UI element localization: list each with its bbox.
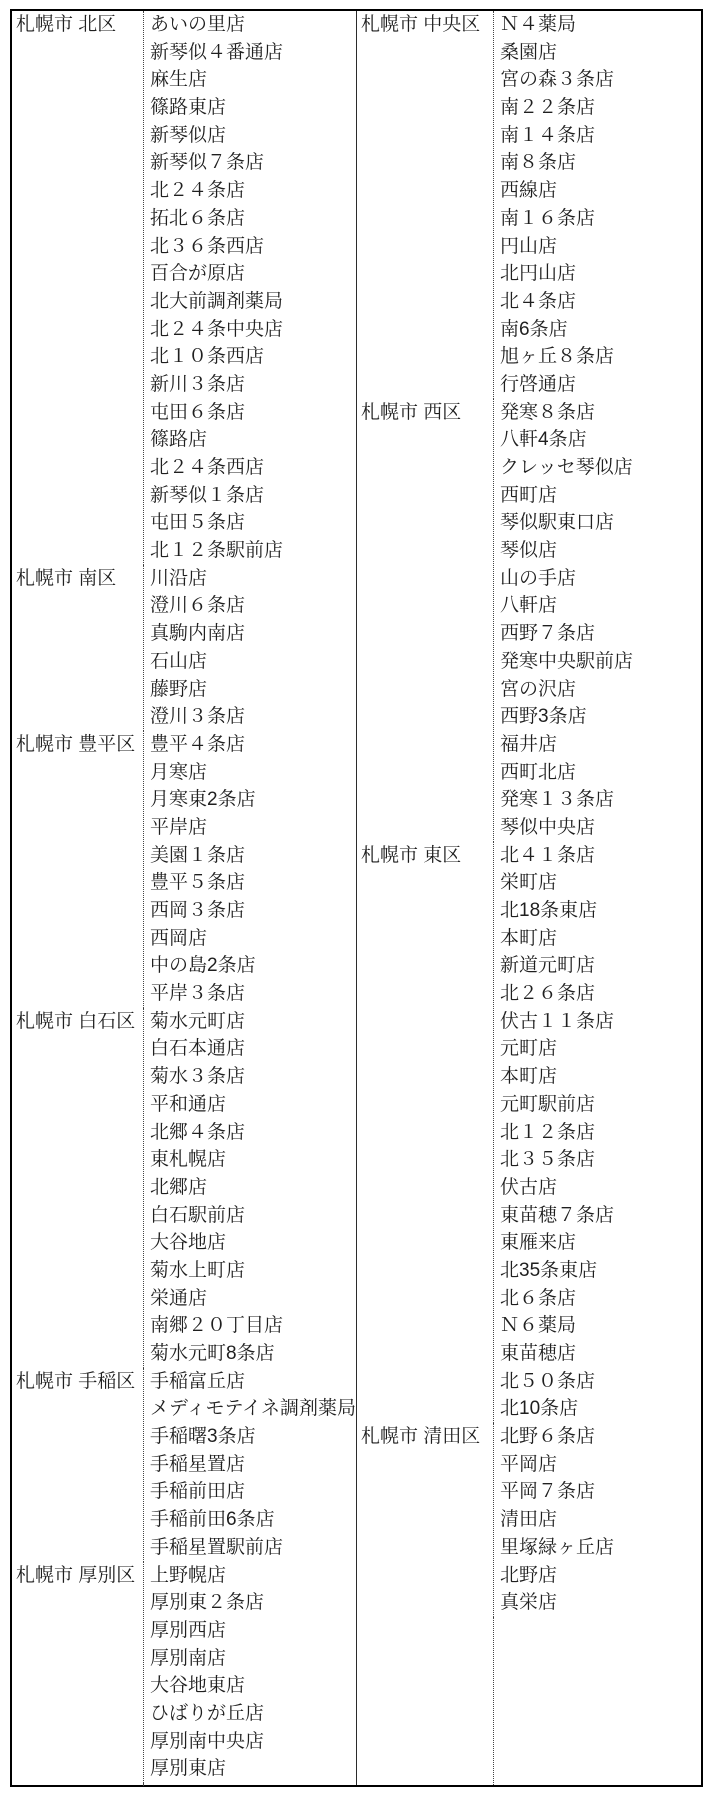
store-name: 平和通店 bbox=[150, 1091, 356, 1119]
ward-name: 札幌市 西区 bbox=[357, 399, 493, 842]
ward-section: 札幌市 清田区北野６条店平岡店平岡７条店清田店里塚緑ヶ丘店北野店真栄店 bbox=[357, 1423, 701, 1617]
store-name: 石山店 bbox=[150, 648, 356, 676]
ward-name: 札幌市 豊平区 bbox=[12, 731, 143, 1008]
store-name: 南８条店 bbox=[500, 149, 701, 177]
store-name: 北４条店 bbox=[500, 288, 701, 316]
store-name: 円山店 bbox=[500, 233, 701, 261]
empty-ward-cell bbox=[12, 1783, 143, 1785]
ward-name: 札幌市 中央区 bbox=[357, 11, 493, 399]
store-name: 北10条店 bbox=[500, 1395, 701, 1423]
store-name: あいの里店 bbox=[150, 11, 356, 39]
store-name: 南１６条店 bbox=[500, 205, 701, 233]
store-name: メディモテイネ調剤薬局 bbox=[150, 1395, 356, 1423]
store-name: 西町店 bbox=[500, 482, 701, 510]
store-name: 真栄店 bbox=[500, 1589, 701, 1617]
ward-section: 札幌市 白石区菊水元町店白石本通店菊水３条店平和通店北郷４条店東札幌店北郷店白石… bbox=[12, 1008, 356, 1368]
store-name: 西野3条店 bbox=[500, 703, 701, 731]
store-name: 琴似店 bbox=[500, 537, 701, 565]
store-name: 川沿店 bbox=[150, 565, 356, 593]
store-name: 北野６条店 bbox=[500, 1423, 701, 1451]
store-name: 麻生店 bbox=[150, 66, 356, 94]
store-name: 東苗穂７条店 bbox=[500, 1202, 701, 1230]
empty-ward-cell bbox=[357, 1617, 493, 1785]
store-name: 北２４条西店 bbox=[150, 454, 356, 482]
stores-list: 川沿店澄川６条店真駒内南店石山店藤野店澄川３条店 bbox=[143, 565, 356, 731]
store-name: 北３６条西店 bbox=[150, 233, 356, 261]
store-name: 新琴似店 bbox=[150, 122, 356, 150]
stores-list: 北野６条店平岡店平岡７条店清田店里塚緑ヶ丘店北野店真栄店 bbox=[493, 1423, 701, 1617]
ward-section: 札幌市 南区川沿店澄川６条店真駒内南店石山店藤野店澄川３条店 bbox=[12, 565, 356, 731]
left-table-half: 札幌市 北区あいの里店新琴似４番通店麻生店篠路東店新琴似店新琴似７条店北２４条店… bbox=[12, 11, 357, 1785]
ward-name: 札幌市 東区 bbox=[357, 842, 493, 1423]
right-table-half: 札幌市 中央区Ｎ４薬局桑園店宮の森３条店南２２条店南１４条店南８条店西線店南１６… bbox=[357, 11, 701, 1785]
store-name: 厚別南店 bbox=[150, 1645, 356, 1673]
store-name: 桑園店 bbox=[500, 39, 701, 67]
store-name: 北郷４条店 bbox=[150, 1119, 356, 1147]
ward-name: 札幌市 厚別区 bbox=[12, 1562, 143, 1784]
store-name: 北円山店 bbox=[500, 260, 701, 288]
store-name: 大谷地東店 bbox=[150, 1672, 356, 1700]
store-name: 月寒東2条店 bbox=[150, 786, 356, 814]
store-name: 篠路東店 bbox=[150, 94, 356, 122]
store-name: 中の島2条店 bbox=[150, 952, 356, 980]
ward-section: 札幌市 手稲区手稲富丘店メディモテイネ調剤薬局手稲曙3条店手稲星置店手稲前田店手… bbox=[12, 1368, 356, 1562]
store-name: 白石駅前店 bbox=[150, 1202, 356, 1230]
ward-name: 札幌市 手稲区 bbox=[12, 1368, 143, 1562]
stores-list: 北４１条店栄町店北18条東店本町店新道元町店北２６条店伏古１１条店元町店本町店元… bbox=[493, 842, 701, 1423]
store-name: Ｎ４薬局 bbox=[500, 11, 701, 39]
store-name: 篠路店 bbox=[150, 426, 356, 454]
store-name: 上野幌店 bbox=[150, 1562, 356, 1590]
page: 札幌市 北区あいの里店新琴似４番通店麻生店篠路東店新琴似店新琴似７条店北２４条店… bbox=[0, 0, 714, 1796]
store-name: 月寒店 bbox=[150, 759, 356, 787]
store-name: 大谷地店 bbox=[150, 1229, 356, 1257]
store-name: 元町駅前店 bbox=[500, 1091, 701, 1119]
store-name: 北６条店 bbox=[500, 1285, 701, 1313]
store-name: 東雁来店 bbox=[500, 1229, 701, 1257]
store-name: 琴似中央店 bbox=[500, 814, 701, 842]
store-name: 北３５条店 bbox=[500, 1146, 701, 1174]
stores-list: 手稲富丘店メディモテイネ調剤薬局手稲曙3条店手稲星置店手稲前田店手稲前田6条店手… bbox=[143, 1368, 356, 1562]
store-table: 札幌市 北区あいの里店新琴似４番通店麻生店篠路東店新琴似店新琴似７条店北２４条店… bbox=[10, 9, 703, 1787]
ward-section: 札幌市 豊平区豊平４条店月寒店月寒東2条店平岸店美園１条店豊平５条店西岡３条店西… bbox=[12, 731, 356, 1008]
store-name: 新琴似１条店 bbox=[150, 482, 356, 510]
store-name: 豊平４条店 bbox=[150, 731, 356, 759]
store-name: 栄町店 bbox=[500, 869, 701, 897]
ward-name: 札幌市 清田区 bbox=[357, 1423, 493, 1617]
store-name: 宮の沢店 bbox=[500, 676, 701, 704]
stores-list: 発寒８条店八軒4条店クレッセ琴似店西町店琴似駅東口店琴似店山の手店八軒店西野７条… bbox=[493, 399, 701, 842]
store-name: 西岡店 bbox=[150, 925, 356, 953]
store-name: 手稲星置駅前店 bbox=[150, 1534, 356, 1562]
store-name: 東苗穂店 bbox=[500, 1340, 701, 1368]
store-name: 西野７条店 bbox=[500, 620, 701, 648]
store-name: 北１０条西店 bbox=[150, 343, 356, 371]
store-name: 菊水元町店 bbox=[150, 1008, 356, 1036]
store-name: 発寒中央駅前店 bbox=[500, 648, 701, 676]
ward-name: 札幌市 南区 bbox=[12, 565, 143, 731]
store-name: 拓北６条店 bbox=[150, 205, 356, 233]
store-name: 新川３条店 bbox=[150, 371, 356, 399]
store-name: 豊平５条店 bbox=[150, 869, 356, 897]
store-name: 南１４条店 bbox=[500, 122, 701, 150]
stores-list: あいの里店新琴似４番通店麻生店篠路東店新琴似店新琴似７条店北２４条店拓北６条店北… bbox=[143, 11, 356, 565]
store-name: 旭ヶ丘８条店 bbox=[500, 343, 701, 371]
ward-name: 札幌市 北区 bbox=[12, 11, 143, 565]
ward-section: 札幌市 東区北４１条店栄町店北18条東店本町店新道元町店北２６条店伏古１１条店元… bbox=[357, 842, 701, 1423]
store-name: 厚別東２条店 bbox=[150, 1589, 356, 1617]
store-name: 新道元町店 bbox=[500, 952, 701, 980]
store-name: 平岸店 bbox=[150, 814, 356, 842]
store-name: 北２６条店 bbox=[500, 980, 701, 1008]
store-name: 屯田５条店 bbox=[150, 509, 356, 537]
stores-list: 上野幌店厚別東２条店厚別西店厚別南店大谷地東店ひばりが丘店厚別南中央店厚別東店 bbox=[143, 1562, 356, 1784]
store-name: 本町店 bbox=[500, 1063, 701, 1091]
store-name: 藤野店 bbox=[150, 676, 356, 704]
empty-filler-section bbox=[357, 1617, 701, 1785]
store-name: 行啓通店 bbox=[500, 371, 701, 399]
store-name: 八軒4条店 bbox=[500, 426, 701, 454]
store-name: 南郷２０丁目店 bbox=[150, 1312, 356, 1340]
store-name: 菊水上町店 bbox=[150, 1257, 356, 1285]
store-name: 平岸３条店 bbox=[150, 980, 356, 1008]
store-name: 手稲前田店 bbox=[150, 1478, 356, 1506]
stores-list: 菊水元町店白石本通店菊水３条店平和通店北郷４条店東札幌店北郷店白石駅前店大谷地店… bbox=[143, 1008, 356, 1368]
store-name: 厚別南中央店 bbox=[150, 1728, 356, 1756]
store-name: 南２２条店 bbox=[500, 94, 701, 122]
store-name: 新琴似４番通店 bbox=[150, 39, 356, 67]
store-name: 栄通店 bbox=[150, 1285, 356, 1313]
stores-list: 豊平４条店月寒店月寒東2条店平岸店美園１条店豊平５条店西岡３条店西岡店中の島2条… bbox=[143, 731, 356, 1008]
stores-list: Ｎ４薬局桑園店宮の森３条店南２２条店南１４条店南８条店西線店南１６条店円山店北円… bbox=[493, 11, 701, 399]
store-name: 美園１条店 bbox=[150, 842, 356, 870]
store-name: 本町店 bbox=[500, 925, 701, 953]
store-name: 南6条店 bbox=[500, 316, 701, 344]
store-name: 発寒１３条店 bbox=[500, 786, 701, 814]
store-name: 八軒店 bbox=[500, 592, 701, 620]
store-name: 元町店 bbox=[500, 1035, 701, 1063]
store-name: 厚別東店 bbox=[150, 1755, 356, 1783]
store-name: Ｎ６薬局 bbox=[500, 1312, 701, 1340]
store-name: 伏古１１条店 bbox=[500, 1008, 701, 1036]
store-name: 屯田６条店 bbox=[150, 399, 356, 427]
store-name: 手稲星置店 bbox=[150, 1451, 356, 1479]
store-name: 北５０条店 bbox=[500, 1368, 701, 1396]
store-name: 厚別西店 bbox=[150, 1617, 356, 1645]
store-name: 手稲富丘店 bbox=[150, 1368, 356, 1396]
store-name: 澄川６条店 bbox=[150, 592, 356, 620]
store-name: 里塚緑ヶ丘店 bbox=[500, 1534, 701, 1562]
store-name: 東札幌店 bbox=[150, 1146, 356, 1174]
store-name: 発寒８条店 bbox=[500, 399, 701, 427]
empty-stores-cell bbox=[493, 1617, 701, 1785]
store-name: 百合が原店 bbox=[150, 260, 356, 288]
store-name: 北大前調剤薬局 bbox=[150, 288, 356, 316]
ward-section: 札幌市 北区あいの里店新琴似４番通店麻生店篠路東店新琴似店新琴似７条店北２４条店… bbox=[12, 11, 356, 565]
store-name: 西町北店 bbox=[500, 759, 701, 787]
empty-filler-section bbox=[12, 1783, 356, 1785]
store-name: 真駒内南店 bbox=[150, 620, 356, 648]
store-name: 北18条東店 bbox=[500, 897, 701, 925]
store-name: 琴似駅東口店 bbox=[500, 509, 701, 537]
store-name: 伏古店 bbox=[500, 1174, 701, 1202]
store-name: 北野店 bbox=[500, 1562, 701, 1590]
store-name: 白石本通店 bbox=[150, 1035, 356, 1063]
store-name: 平岡７条店 bbox=[500, 1478, 701, 1506]
store-name: 澄川３条店 bbox=[150, 703, 356, 731]
store-name: 手稲前田6条店 bbox=[150, 1506, 356, 1534]
store-name: 北郷店 bbox=[150, 1174, 356, 1202]
store-name: 北２４条中央店 bbox=[150, 316, 356, 344]
ward-section: 札幌市 中央区Ｎ４薬局桑園店宮の森３条店南２２条店南１４条店南８条店西線店南１６… bbox=[357, 11, 701, 399]
store-name: クレッセ琴似店 bbox=[500, 454, 701, 482]
store-name: 平岡店 bbox=[500, 1451, 701, 1479]
ward-section: 札幌市 西区発寒８条店八軒4条店クレッセ琴似店西町店琴似駅東口店琴似店山の手店八… bbox=[357, 399, 701, 842]
ward-name: 札幌市 白石区 bbox=[12, 1008, 143, 1368]
store-name: 菊水元町8条店 bbox=[150, 1340, 356, 1368]
empty-stores-cell bbox=[143, 1783, 356, 1785]
store-name: 福井店 bbox=[500, 731, 701, 759]
store-name: 北１２条店 bbox=[500, 1119, 701, 1147]
store-name: 西線店 bbox=[500, 177, 701, 205]
store-name: 北35条東店 bbox=[500, 1257, 701, 1285]
store-name: 手稲曙3条店 bbox=[150, 1423, 356, 1451]
store-name: 北１２条駅前店 bbox=[150, 537, 356, 565]
store-name: 山の手店 bbox=[500, 565, 701, 593]
ward-section: 札幌市 厚別区上野幌店厚別東２条店厚別西店厚別南店大谷地東店ひばりが丘店厚別南中… bbox=[12, 1562, 356, 1784]
store-name: 宮の森３条店 bbox=[500, 66, 701, 94]
store-name: 新琴似７条店 bbox=[150, 149, 356, 177]
store-name: 北４１条店 bbox=[500, 842, 701, 870]
store-name: 菊水３条店 bbox=[150, 1063, 356, 1091]
store-name: 清田店 bbox=[500, 1506, 701, 1534]
store-name: 西岡３条店 bbox=[150, 897, 356, 925]
store-name: ひばりが丘店 bbox=[150, 1700, 356, 1728]
store-name: 北２４条店 bbox=[150, 177, 356, 205]
